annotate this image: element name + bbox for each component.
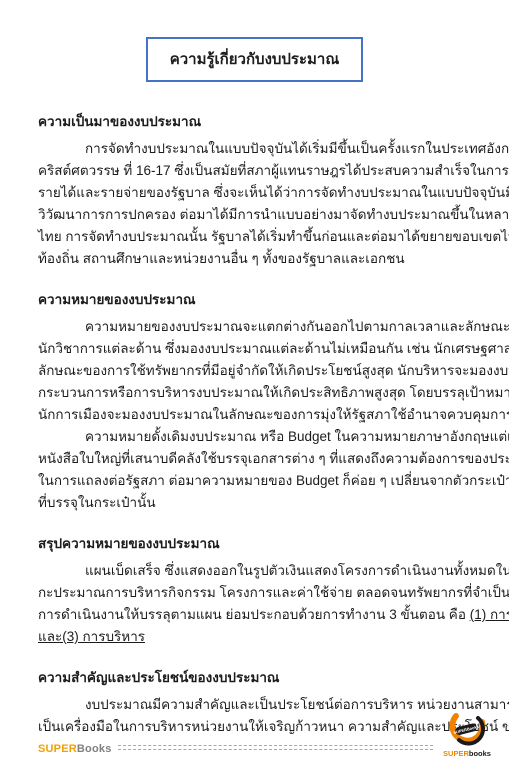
paragraph-line: นักวิชาการแต่ละด้าน ซึ่งมองงบประมาณแต่ละ… — [38, 338, 471, 360]
paragraph-line: กะประมาณการบริหารกิจกรรม โครงการและค่าใช… — [38, 582, 471, 604]
page-footer: SUPERBooks SUPERBooks SUPERbooks — [38, 709, 495, 758]
section-heading: ความเป็นมาของงบประมาณ — [38, 112, 471, 132]
paragraph-line: การจัดทำงบประมาณในแบบปัจจุบันได้เริ่มมีข… — [38, 138, 471, 160]
paragraph-line: กระบวนการหรือการบริหารงบประมาณให้เกิดประ… — [38, 382, 471, 404]
superbooks-logo-icon: SUPERBooks — [446, 709, 488, 749]
underlined-text: และ(3) การบริหาร — [38, 629, 145, 644]
logo-caption-super: SUPER — [443, 749, 469, 758]
section-heading: ความสำคัญและประโยชน์ของงบประมาณ — [38, 668, 471, 688]
paragraph-line: ไทย การจัดทำงบประมาณนั้น รัฐบาลได้เริ่มท… — [38, 226, 471, 248]
paragraph-text: การดำเนินงานให้บรรลุตามแผน ย่อมประกอบด้ว… — [38, 607, 470, 622]
superbooks-logo: SUPERBooks SUPERbooks — [439, 709, 495, 758]
paragraph-line: ลักษณะของการใช้ทรัพยากรที่มีอยู่จำกัดให้… — [38, 360, 471, 382]
footer-brand-super: SUPER — [38, 743, 77, 755]
paragraph-line: ในการแถลงต่อรัฐสภา ต่อมาความหมายของ Budg… — [38, 470, 471, 492]
paragraph-line: นักการเมืองจะมองงบประมาณในลักษณะของการมุ… — [38, 404, 471, 426]
paragraph-line: ความหมายของงบประมาณจะแตกต่างกันออกไปตามก… — [38, 316, 471, 338]
document-page: ความรู้เกี่ยวกับงบประมาณ ความเป็นมาของงบ… — [0, 0, 509, 778]
paragraph-line: หนังสือใบใหญ่ที่เสนาบดีคลังใช้บรรจุเอกสา… — [38, 448, 471, 470]
superbooks-logo-caption: SUPERbooks — [439, 750, 495, 758]
underlined-text: (1) การจัดเตรียม (2) การอนุมัติ — [470, 607, 509, 622]
paragraph-line: แผนเบ็ดเสร็จ ซึ่งแสดงออกในรูปตัวเงินแสดง… — [38, 560, 471, 582]
section-heading: สรุปความหมายของงบประมาณ — [38, 534, 471, 554]
paragraph-line: รายได้และรายจ่ายของรัฐบาล ซึ่งจะเห็นได้ว… — [38, 182, 471, 204]
paragraph-line: ที่บรรจุในกระเป๋านั้น — [38, 492, 471, 514]
footer-brand-books: Books — [77, 743, 112, 755]
paragraph-line: ความหมายดั้งเดิมงบประมาณ หรือ Budget ในค… — [38, 426, 471, 448]
section-heading: ความหมายของงบประมาณ — [38, 290, 471, 310]
paragraph-line: การดำเนินงานให้บรรลุตามแผน ย่อมประกอบด้ว… — [38, 604, 471, 626]
document-body: ความเป็นมาของงบประมาณ การจัดทำงบประมาณใน… — [0, 112, 509, 738]
page-title: ความรู้เกี่ยวกับงบประมาณ — [146, 37, 364, 82]
footer-divider — [118, 745, 433, 750]
paragraph-line: คริสต์ศตวรรษ ที่ 16-17 ซึ่งเป็นสมัยที่สภ… — [38, 160, 471, 182]
footer-brand: SUPERBooks — [38, 743, 112, 758]
logo-caption-books: books — [469, 749, 491, 758]
paragraph-line: วิวัฒนาการการปกครอง ต่อมาได้มีการนำแบบอย… — [38, 204, 471, 226]
paragraph-line: ท้องถิ่น สถานศึกษาและหน่วยงานอื่น ๆ ทั้ง… — [38, 248, 471, 270]
paragraph-line: และ(3) การบริหาร — [38, 626, 471, 648]
